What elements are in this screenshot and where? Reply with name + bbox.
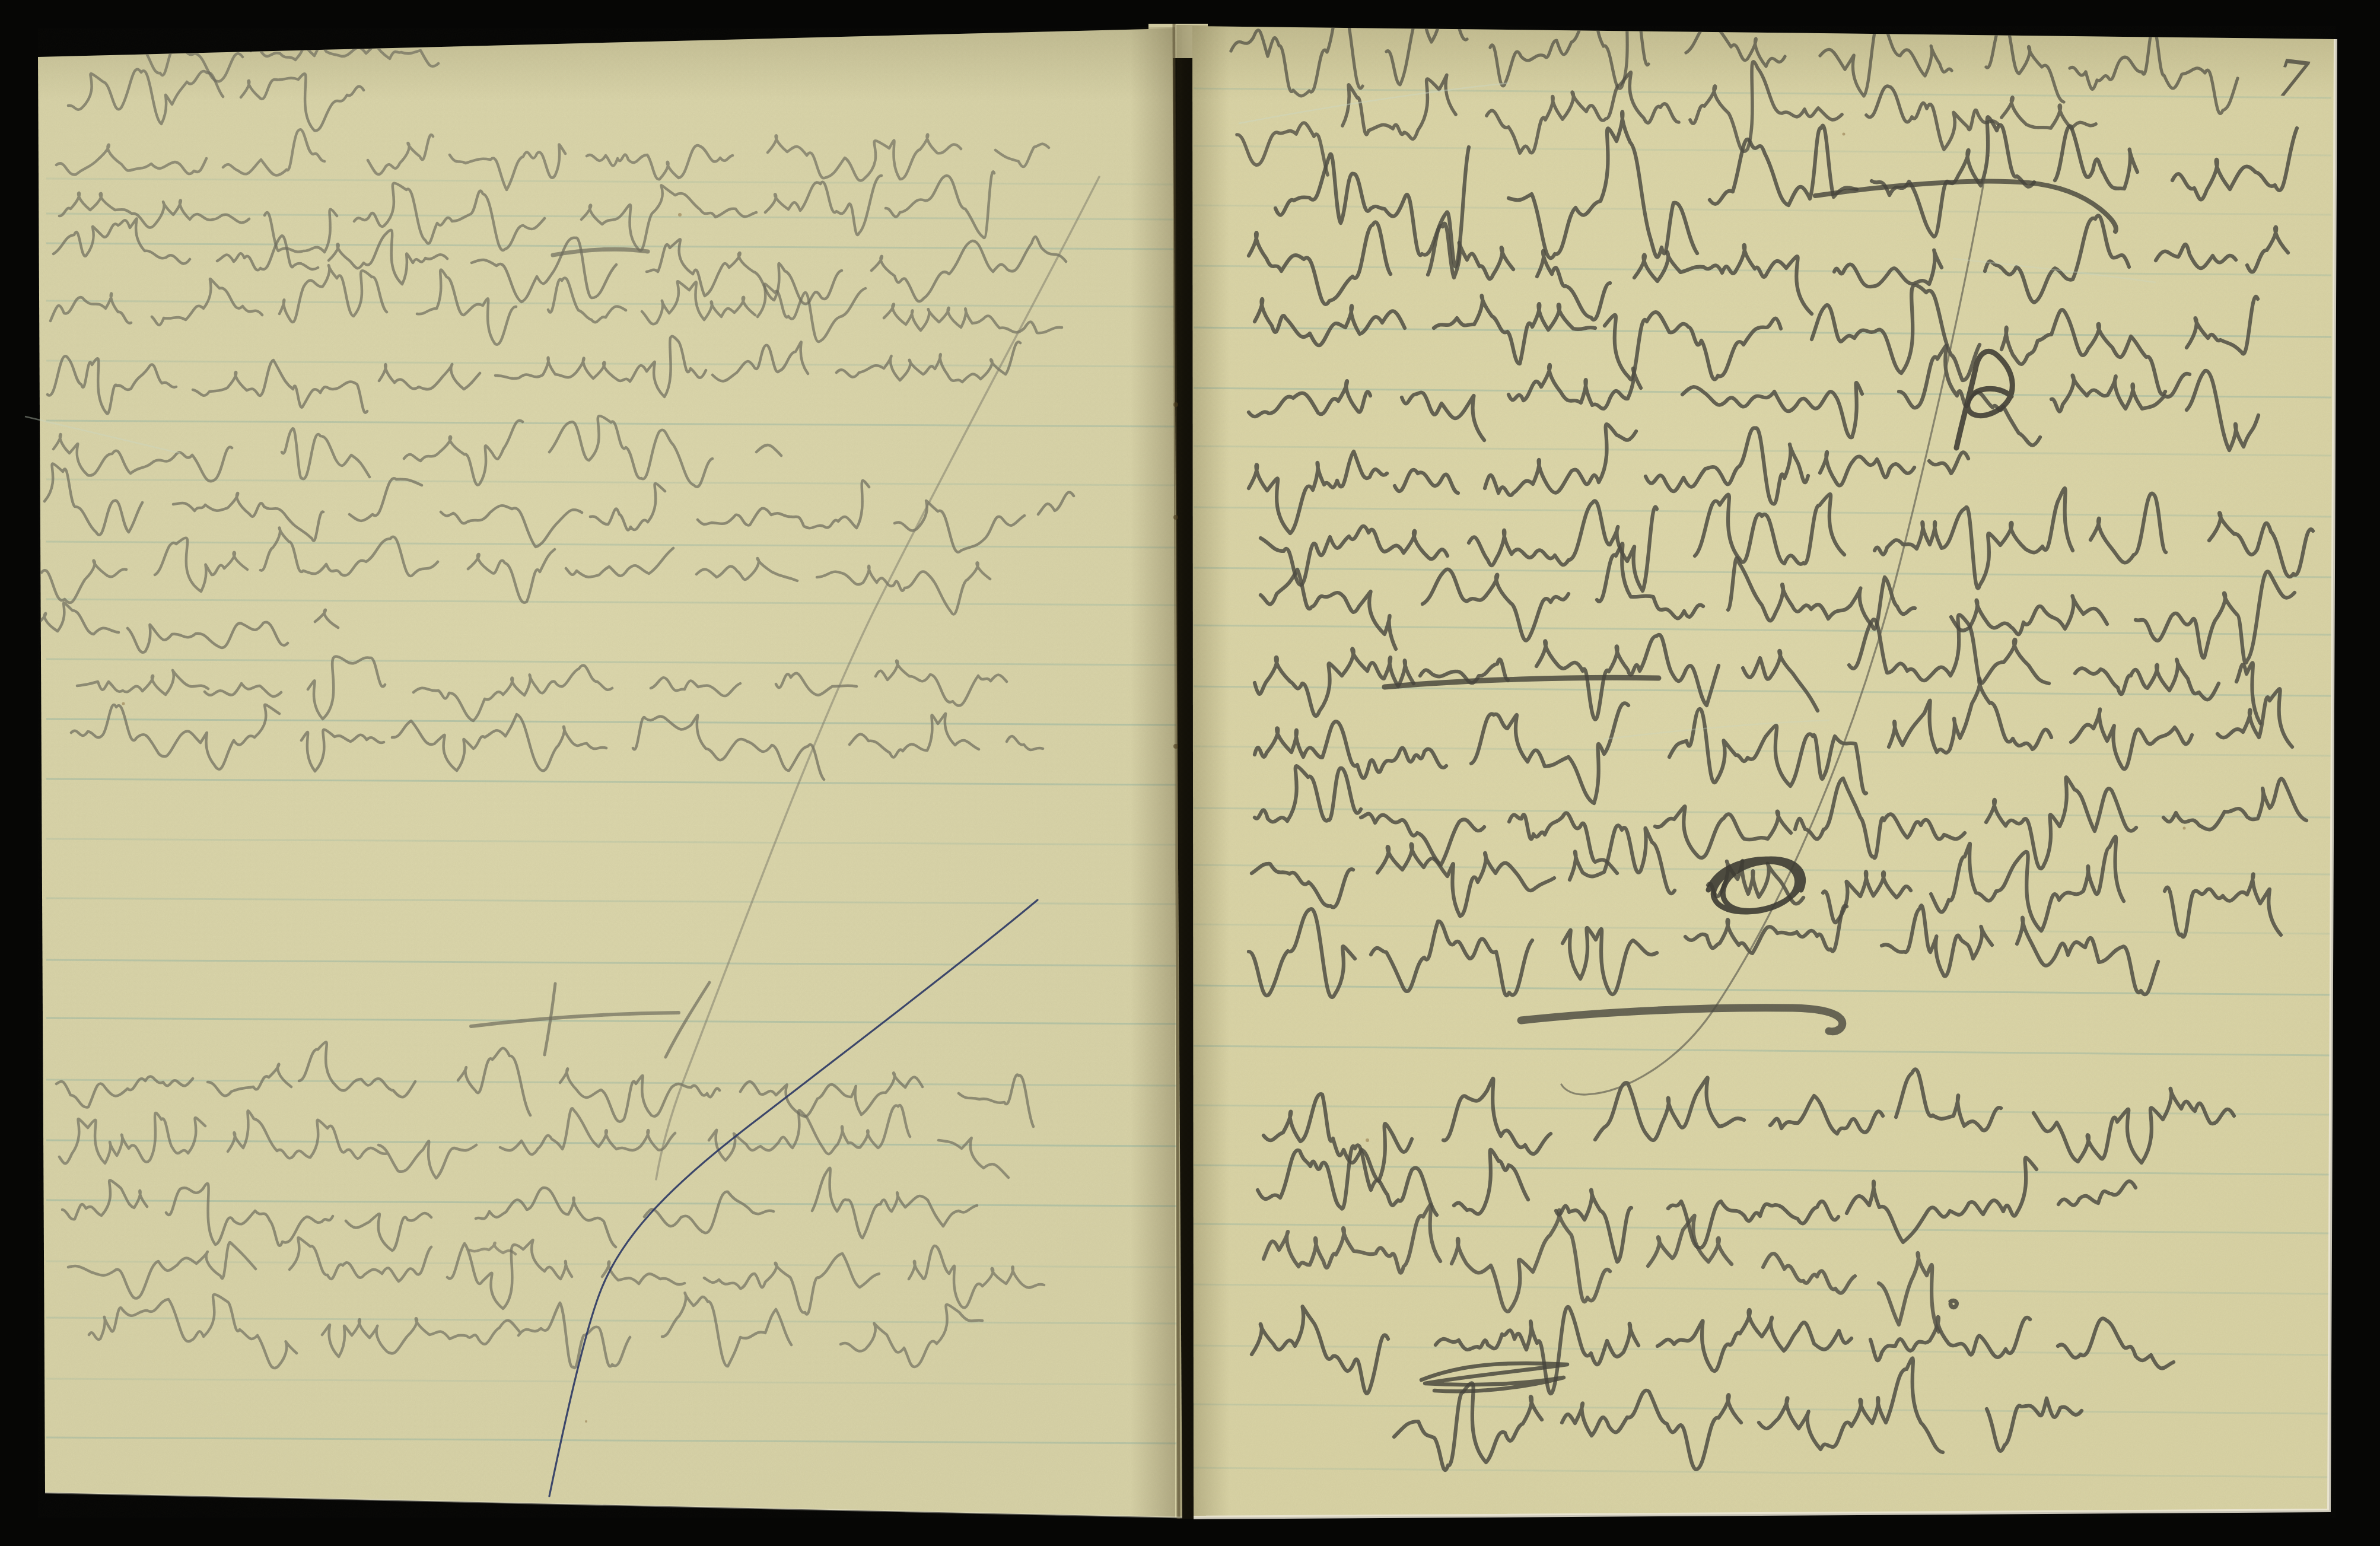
stitch-hole	[1173, 744, 1178, 749]
left-page	[36, 18, 1192, 1525]
notebook-scan	[0, 0, 2380, 1546]
paper-speck	[1843, 133, 1846, 136]
paper-grain	[1192, 26, 2336, 1518]
paper-speck	[1366, 1138, 1369, 1142]
gutter-shadow-left	[1130, 27, 1175, 1518]
stitch-hole	[1173, 402, 1178, 407]
paper-speck	[2183, 827, 2186, 830]
paper-speck	[122, 702, 125, 705]
scan-stage: 7 Scanned two-page spread of an aged rul…	[0, 0, 2380, 1546]
paper-speck	[678, 213, 682, 217]
gutter-shadow-right	[1176, 25, 1230, 1519]
paper-speck	[585, 1420, 587, 1423]
stitch-hole	[1173, 515, 1178, 520]
paper-grain	[38, 28, 1182, 1518]
right-page	[1189, 0, 2346, 1525]
